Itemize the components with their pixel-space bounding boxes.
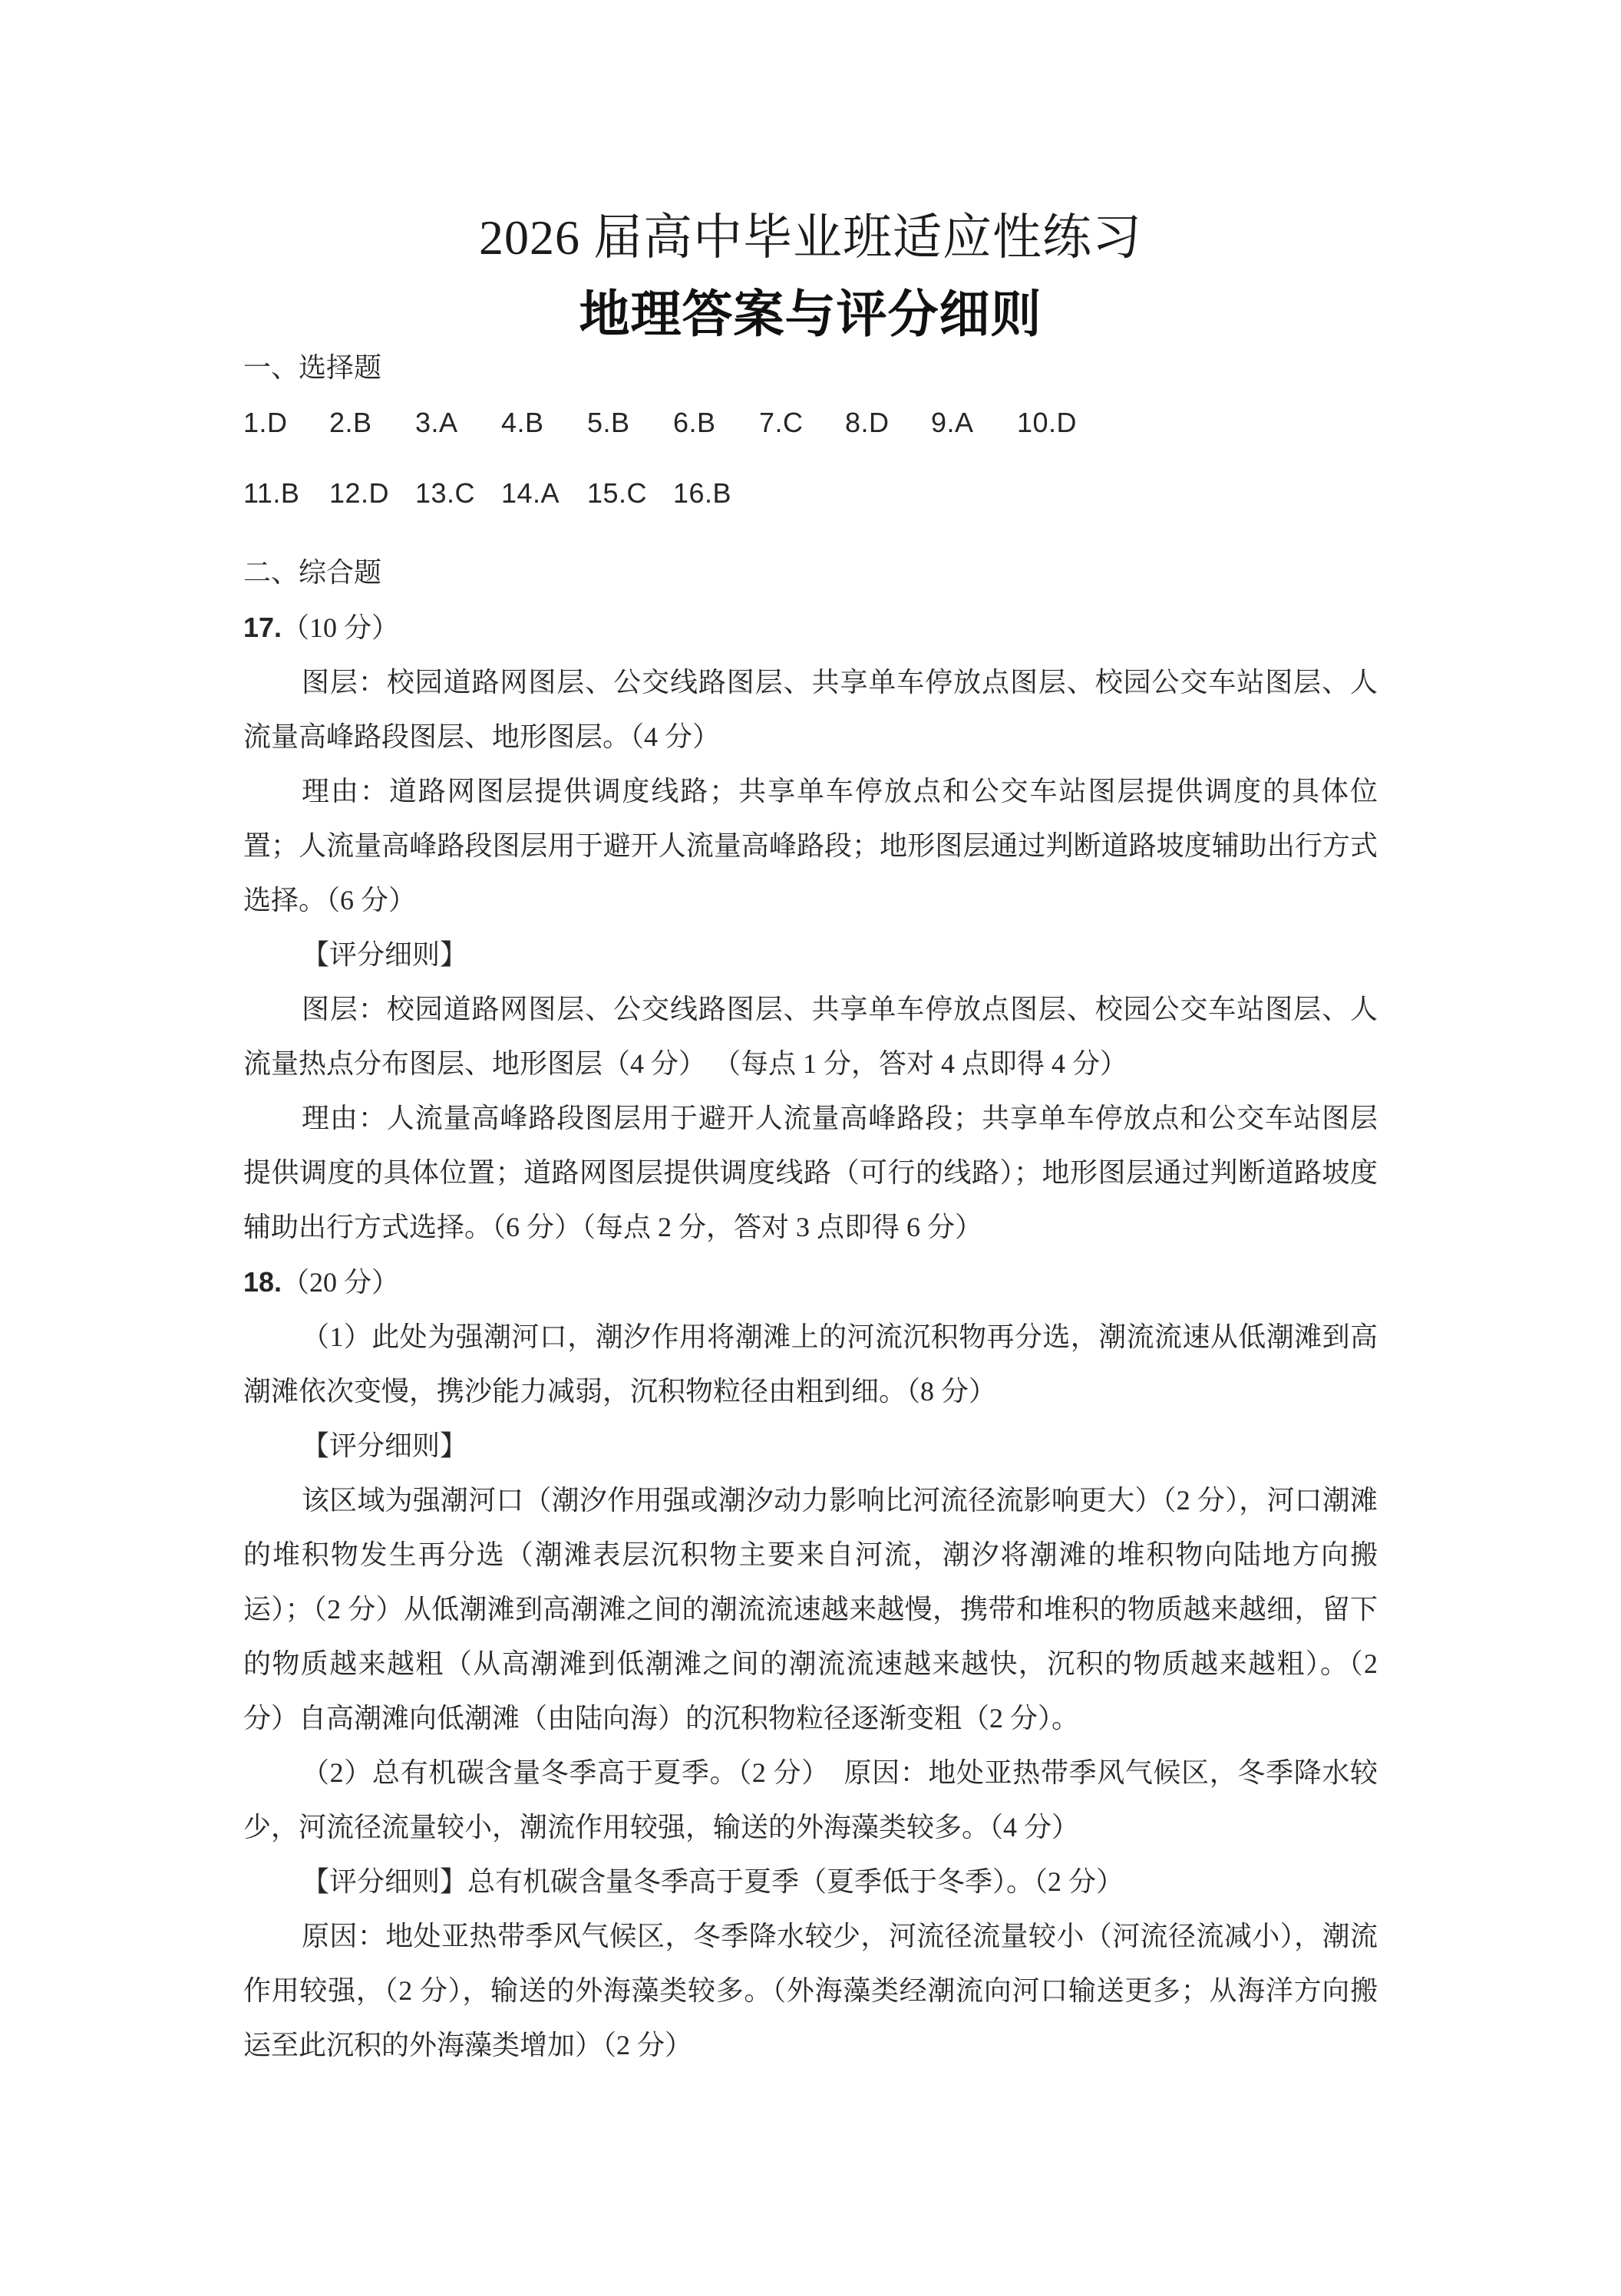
answer-item-2: 2.B [329, 395, 415, 450]
answer-item-11: 11.B [243, 466, 329, 520]
exam-title: 2026 届高中毕业班适应性练习 [243, 213, 1378, 262]
question-18-score: （20 分） [282, 1267, 399, 1298]
answer-item-3: 3.A [415, 395, 501, 450]
answer-item-15: 15.C [587, 466, 673, 520]
choice-answer-row-2: 11.B12.D13.C14.A15.C16.B [243, 466, 1378, 520]
q18-rubric-heading: 【评分细则】 [243, 1419, 1378, 1473]
answer-item-7: 7.C [759, 395, 845, 450]
answer-item-14: 14.A [501, 466, 587, 520]
q18-answer-part1: （1）此处为强潮河口，潮汐作用将潮滩上的河流沉积物再分选，潮流流速从低潮滩到高潮… [243, 1310, 1378, 1419]
q18-rubric-part2-reasons: 原因：地处亚热带季风气候区，冬季降水较少，河流径流量较小（河流径流减小），潮流作… [243, 1909, 1378, 2073]
section-comprehensive-heading: 二、综合题 [243, 546, 1378, 600]
answer-item-4: 4.B [501, 395, 587, 450]
section-choice-heading: 一、选择题 [243, 341, 1378, 395]
q18-rubric-part2: 【评分细则】总有机碳含量冬季高于夏季（夏季低于冬季）。（2 分） [243, 1855, 1378, 1909]
answer-key-page: 2026 届高中毕业班适应性练习 地理答案与评分细则 一、选择题 1.D2.B3… [0, 0, 1621, 2296]
q17-rubric-layers: 图层：校园道路网图层、公交线路图层、共享单车停放点图层、校园公交车站图层、人流量… [243, 982, 1378, 1091]
question-17-score: （10 分） [282, 612, 399, 643]
q17-rubric-heading: 【评分细则】 [243, 928, 1378, 982]
answer-item-16: 16.B [673, 466, 731, 520]
answer-item-1: 1.D [243, 395, 329, 450]
answer-item-9: 9.A [931, 395, 1017, 450]
subject-title: 地理答案与评分细则 [243, 290, 1378, 341]
answer-item-5: 5.B [587, 395, 673, 450]
choice-answer-row-1: 1.D2.B3.A4.B5.B6.B7.C8.D9.A10.D [243, 395, 1378, 450]
q18-answer-part2: （2）总有机碳含量冬季高于夏季。（2 分） 原因：地处亚热带季风气候区，冬季降水… [243, 1746, 1378, 1855]
answer-item-13: 13.C [415, 466, 501, 520]
q17-rubric-reasons: 理由：人流量高峰路段图层用于避开人流量高峰路段；共享单车停放点和公交车站图层提供… [243, 1091, 1378, 1255]
question-17-number: 17. [243, 612, 282, 643]
answer-item-10: 10.D [1017, 395, 1077, 450]
answer-item-12: 12.D [329, 466, 415, 520]
question-18-number: 18. [243, 1266, 282, 1298]
q18-rubric-part1: 该区域为强潮河口（潮汐作用强或潮汐动力影响比河流径流影响更大）（2 分），河口潮… [243, 1473, 1378, 1746]
question-18-heading: 18.（20 分） [243, 1255, 1378, 1310]
q17-answer-reasons: 理由：道路网图层提供调度线路；共享单车停放点和公交车站图层提供调度的具体位置；人… [243, 764, 1378, 928]
answer-item-6: 6.B [673, 395, 759, 450]
question-17-heading: 17.（10 分） [243, 600, 1378, 655]
answer-item-8: 8.D [845, 395, 931, 450]
q17-answer-layers: 图层：校园道路网图层、公交线路图层、共享单车停放点图层、校园公交车站图层、人流量… [243, 655, 1378, 764]
